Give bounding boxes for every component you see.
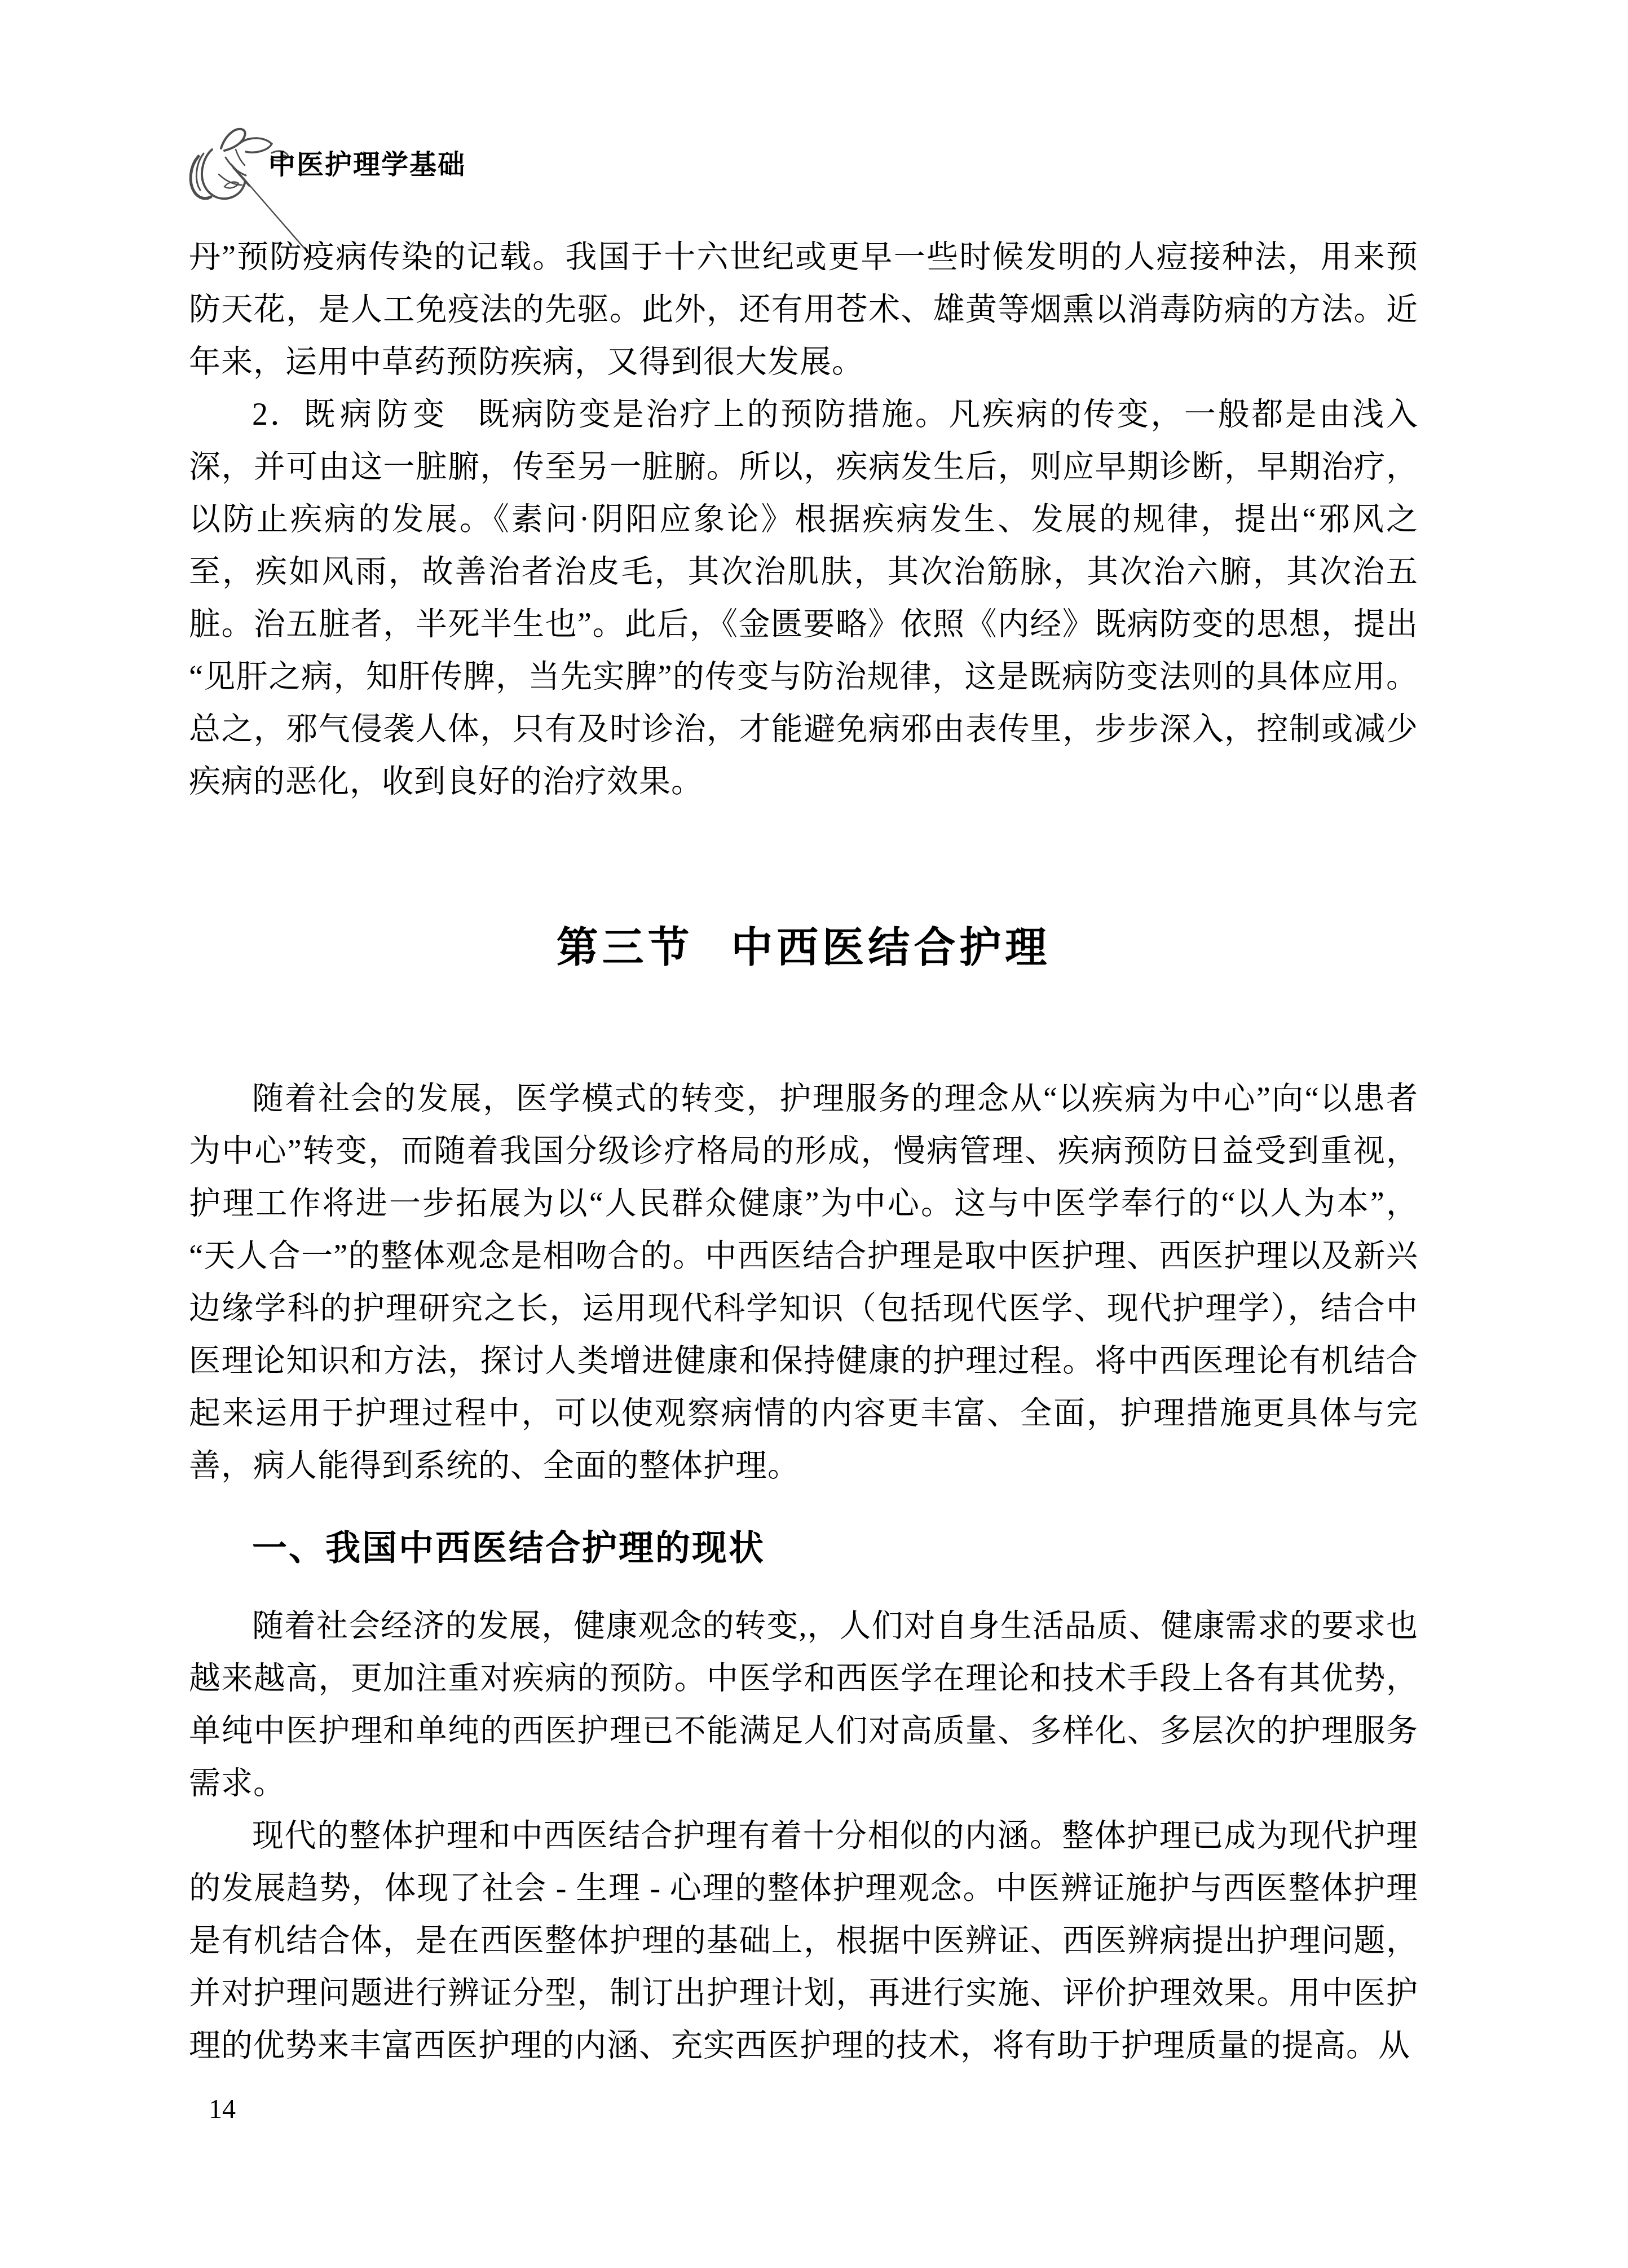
item2-number: 2． — [252, 397, 303, 432]
section-label: 第三节 — [557, 924, 694, 971]
page-body: 丹”预防疫病传染的记载。我国于十六世纪或更早一些时候发明的人痘接种法，用来预防天… — [189, 231, 1418, 2072]
section-heading: 第三节中西医结合护理 — [189, 919, 1418, 976]
paragraph-section-intro: 随着社会的发展，医学模式的转变，护理服务的理念从“以疾病为中心”向“以患者为中心… — [189, 1073, 1418, 1492]
book-title: 中医护理学基础 — [268, 149, 466, 181]
paragraph-status-2: 现代的整体护理和中西医结合护理有着十分相似的内涵。整体护理已成为现代护理的发展趋… — [189, 1810, 1418, 2072]
paragraph-status-1: 随着社会经济的发展，健康观念的转变,，人们对自身生活品质、健康需求的要求也越来越… — [189, 1600, 1418, 1810]
item2-term: 既病防变 — [303, 397, 449, 432]
page-number: 14 — [209, 2094, 236, 2125]
section-title: 中西医结合护理 — [731, 924, 1051, 971]
paragraph-continuation: 丹”预防疫病传染的记载。我国于十六世纪或更早一些时候发明的人痘接种法，用来预防天… — [189, 231, 1418, 389]
subsection-heading: 一、我国中西医结合护理的现状 — [189, 1526, 1418, 1571]
paragraph-item2: 2．既病防变既病防变是治疗上的预防措施。凡疾病的传变，一般都是由浅入深，并可由这… — [189, 389, 1418, 808]
item2-text: 既病防变是治疗上的预防措施。凡疾病的传变，一般都是由浅入深，并可由这一脏腑，传至… — [189, 397, 1418, 799]
book-page: 中医护理学基础 丹”预防疫病传染的记载。我国于十六世纪或更早一些时候发明的人痘接… — [0, 0, 1628, 2268]
